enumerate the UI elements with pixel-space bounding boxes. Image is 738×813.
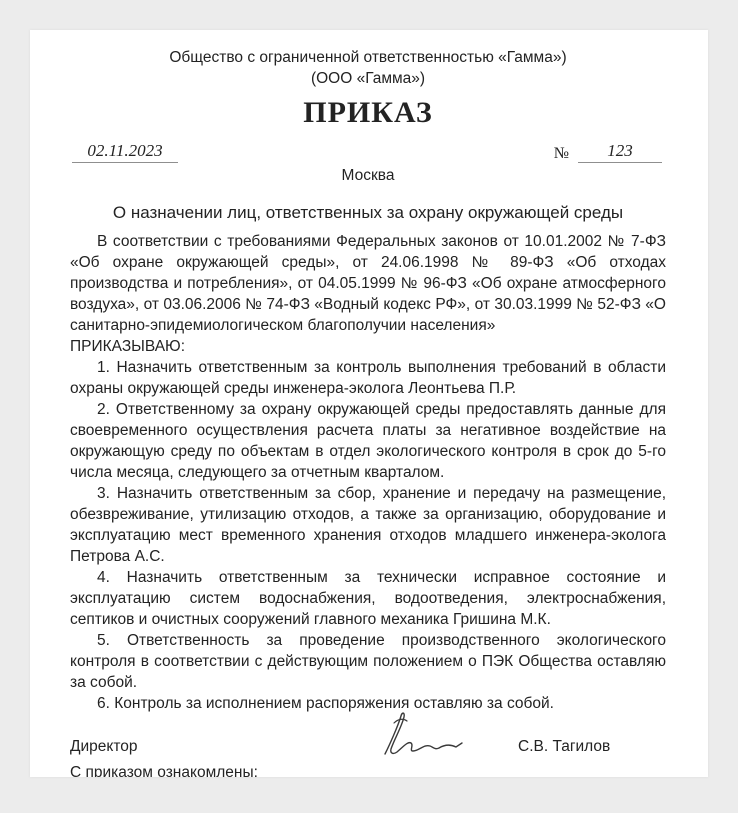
city-line: Москва bbox=[70, 165, 666, 186]
date-field: 02.11.2023 bbox=[72, 141, 178, 163]
preamble-paragraph: В соответствии с требованиями Федеральны… bbox=[70, 231, 666, 336]
signature-row: Директор С.В. Тагилов bbox=[70, 736, 666, 758]
org-name-short: (ООО «Гамма») bbox=[70, 68, 666, 89]
order-document: Общество с ограниченной ответственностью… bbox=[30, 30, 708, 777]
order-item-2: 2. Ответственному за охрану окружающей с… bbox=[70, 399, 666, 483]
order-item-5: 5. Ответственность за проведение произво… bbox=[70, 630, 666, 693]
signer-position: Директор bbox=[70, 738, 138, 755]
order-item-4: 4. Назначить ответственным за технически… bbox=[70, 567, 666, 630]
number-field: № 123 bbox=[554, 141, 662, 163]
document-date: 02.11.2023 bbox=[72, 141, 178, 163]
subject-line: О назначении лиц, ответственных за охран… bbox=[70, 201, 666, 224]
order-item-6: 6. Контроль за исполнением распоряжения … bbox=[70, 693, 666, 714]
order-item-1: 1. Назначить ответственным за контроль в… bbox=[70, 357, 666, 399]
order-item-3: 3. Назначить ответственным за сбор, хран… bbox=[70, 483, 666, 567]
document-body: В соответствии с требованиями Федеральны… bbox=[70, 231, 666, 714]
document-type-title: ПРИКАЗ bbox=[70, 96, 666, 130]
order-word: ПРИКАЗЫВАЮ: bbox=[70, 336, 666, 357]
signer-name: С.В. Тагилов bbox=[518, 736, 610, 758]
handwritten-signature-icon bbox=[378, 710, 473, 760]
date-number-row: 02.11.2023 № 123 bbox=[70, 141, 666, 163]
number-sign: № bbox=[554, 145, 569, 163]
org-name-full: Общество с ограниченной ответственностью… bbox=[70, 47, 666, 68]
document-number: 123 bbox=[578, 141, 662, 163]
acknowledged-label: С приказом ознакомлены: bbox=[70, 762, 666, 777]
